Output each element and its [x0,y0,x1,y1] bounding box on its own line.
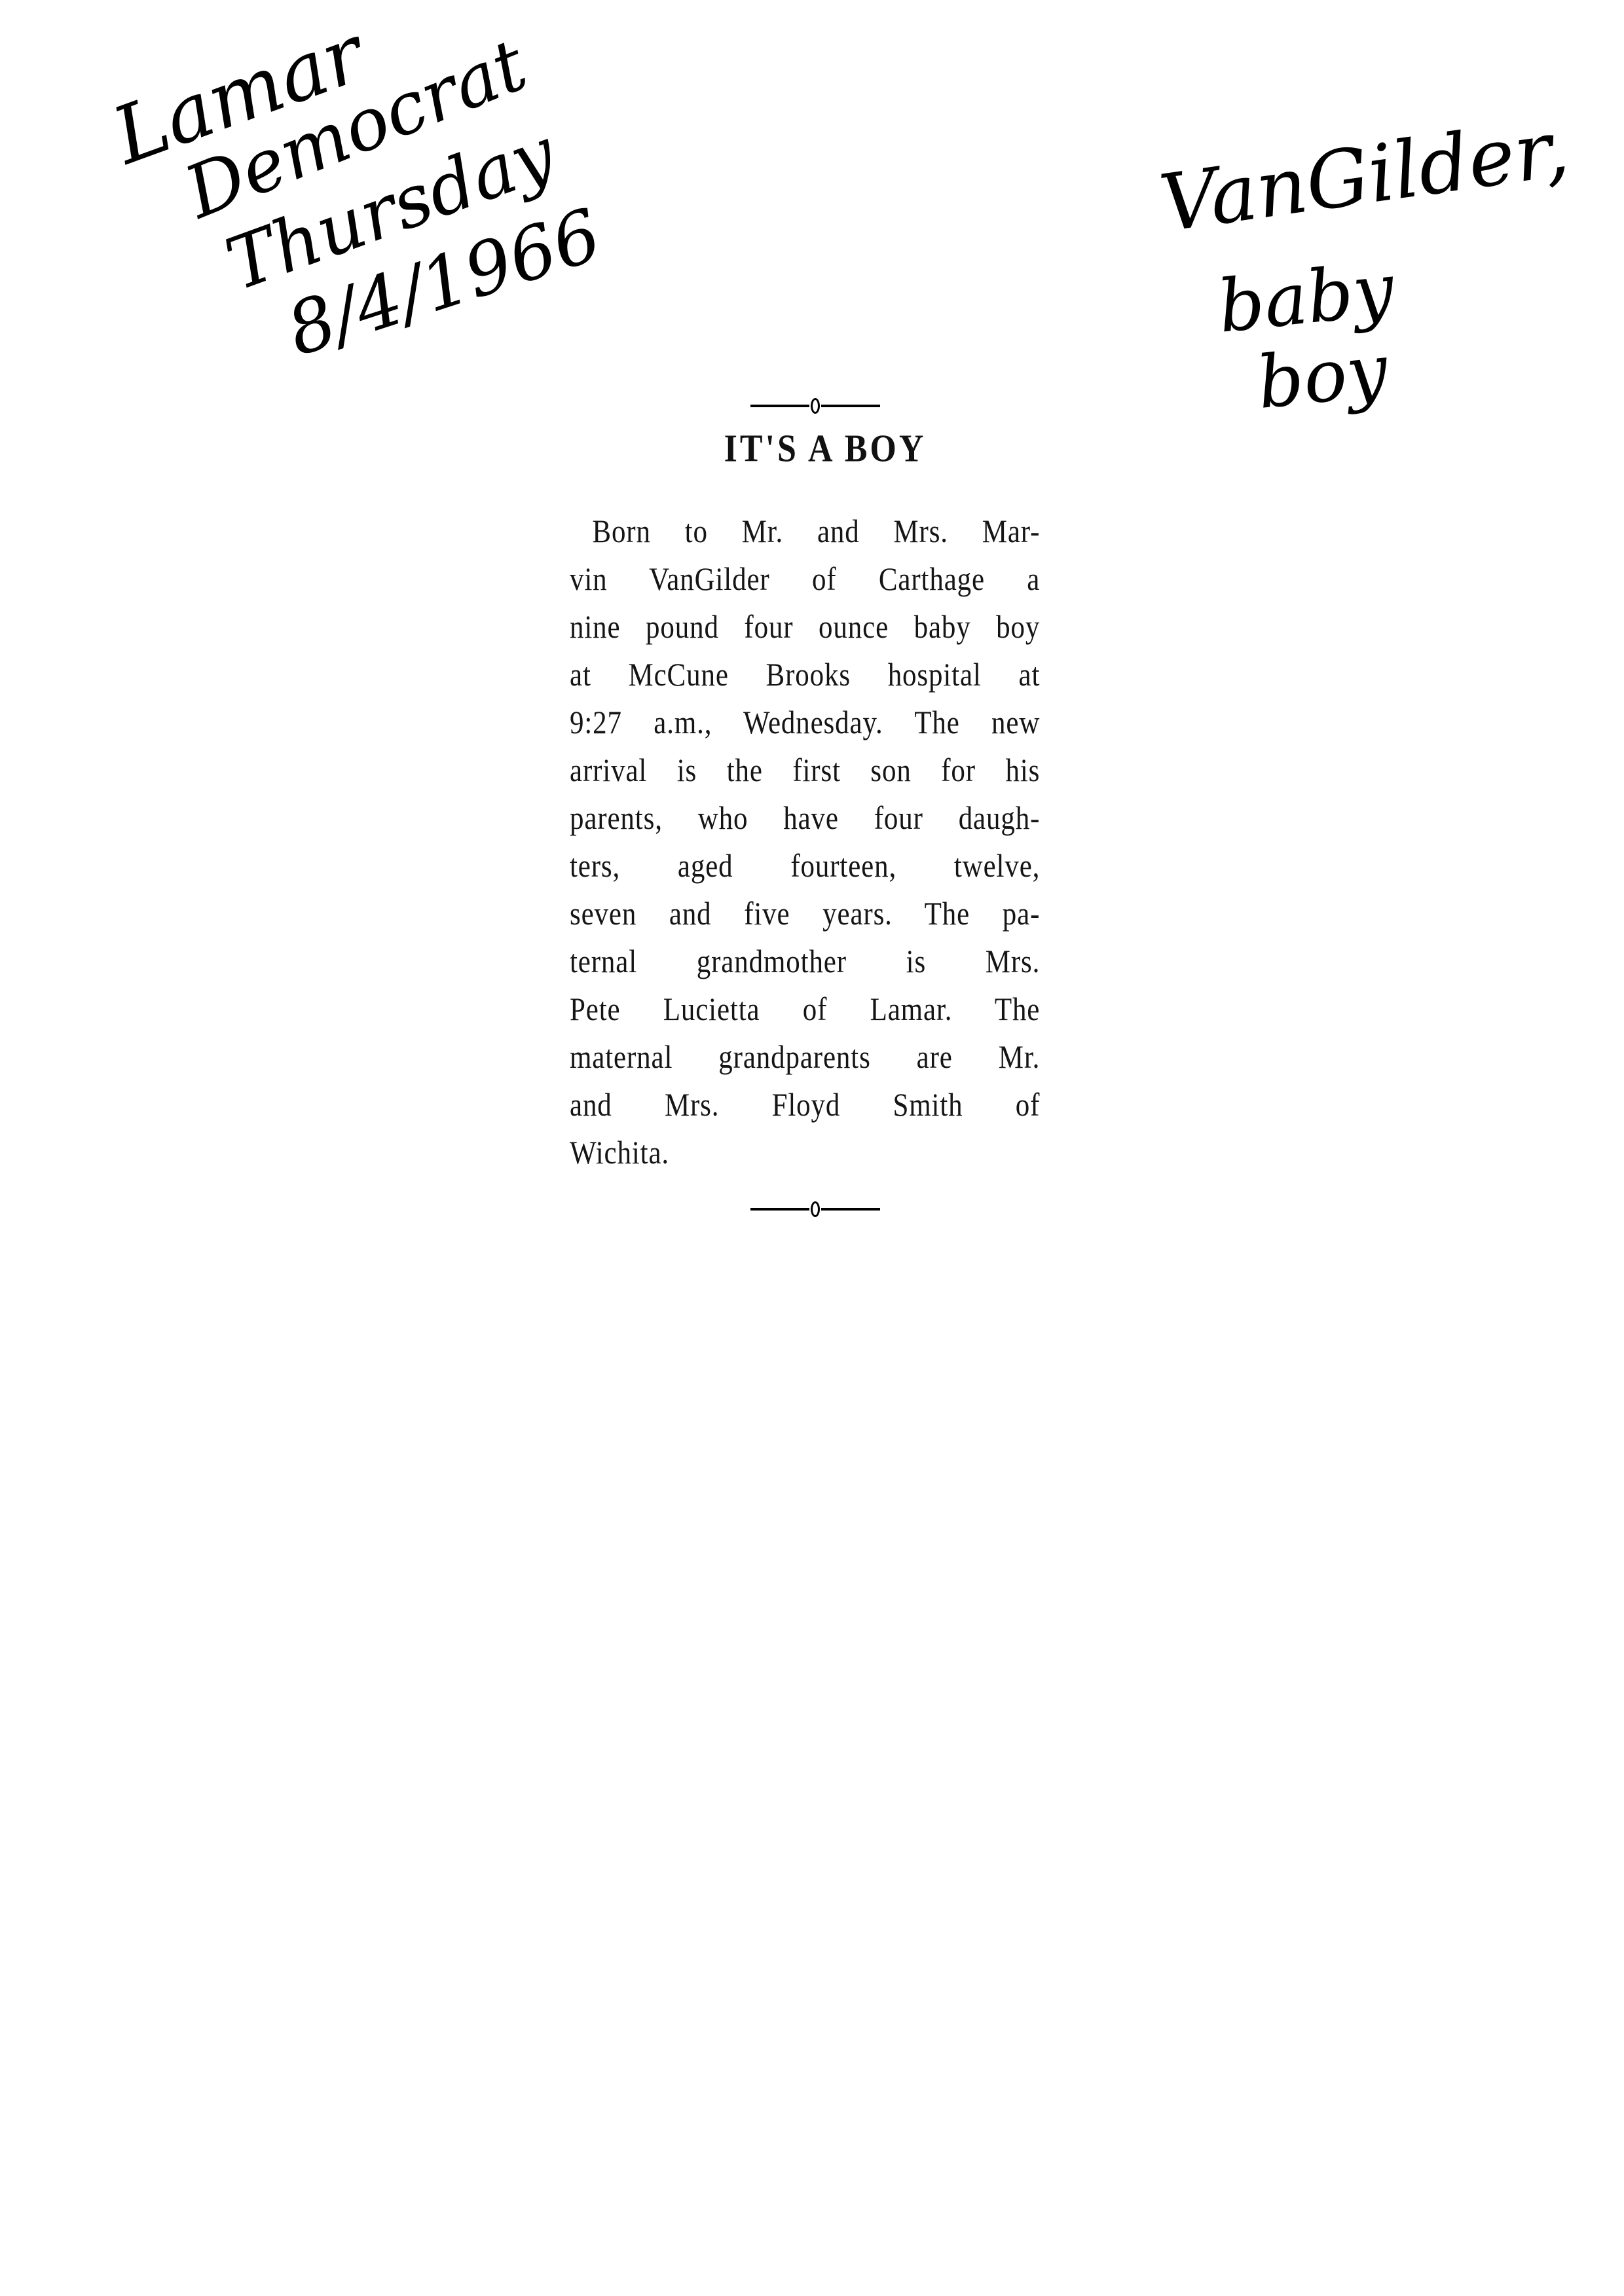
ornament-divider-bottom [750,1196,881,1222]
article-line: arrival is the first son for his [570,746,1040,794]
article-line: maternal grandparents are Mr. [570,1033,1040,1081]
article-line: Wichita. [570,1129,1040,1176]
article-line: ters, aged fourteen, twelve, [570,842,1040,890]
article-line: seven and five years. The pa- [570,890,1040,938]
handwritten-subject-note: VanGilder, baby boy [1153,124,1506,439]
divider-rule [750,1208,809,1211]
ornament-divider-top [750,393,881,419]
article-line: vin VanGilder of Carthage a [570,555,1040,603]
article-line: ternal grandmother is Mrs. [570,938,1040,985]
article-body: Born to Mr. and Mrs. Mar- vin VanGilder … [570,507,1041,1176]
article-line: 9:27 a.m., Wednesday. The new [570,699,1040,746]
divider-rule [821,1208,880,1211]
handwritten-surname: VanGilder, [1156,109,1574,244]
article-line: parents, who have four daugh- [570,794,1040,842]
newspaper-clipping: IT'S A BOY Born to Mr. and Mrs. Mar- vin… [570,393,1054,1222]
article-line: Pete Lucietta of Lamar. The [570,985,1040,1033]
divider-circle-icon [811,1201,820,1217]
article-line: Born to Mr. and Mrs. Mar- [570,507,1040,555]
divider-rule [821,405,880,407]
handwritten-subject-line2: boy [1254,334,1391,419]
divider-circle-icon [811,398,820,414]
handwritten-source-note: Lamar Democrat Thursday 8/4/1966 [118,79,524,380]
article-line: nine pound four ounce baby boy [570,603,1040,651]
article-line: and Mrs. Floyd Smith of [570,1081,1040,1129]
divider-rule [750,405,809,407]
article-headline: IT'S A BOY [622,427,1028,471]
article-line: at McCune Brooks hospital at [570,651,1040,699]
